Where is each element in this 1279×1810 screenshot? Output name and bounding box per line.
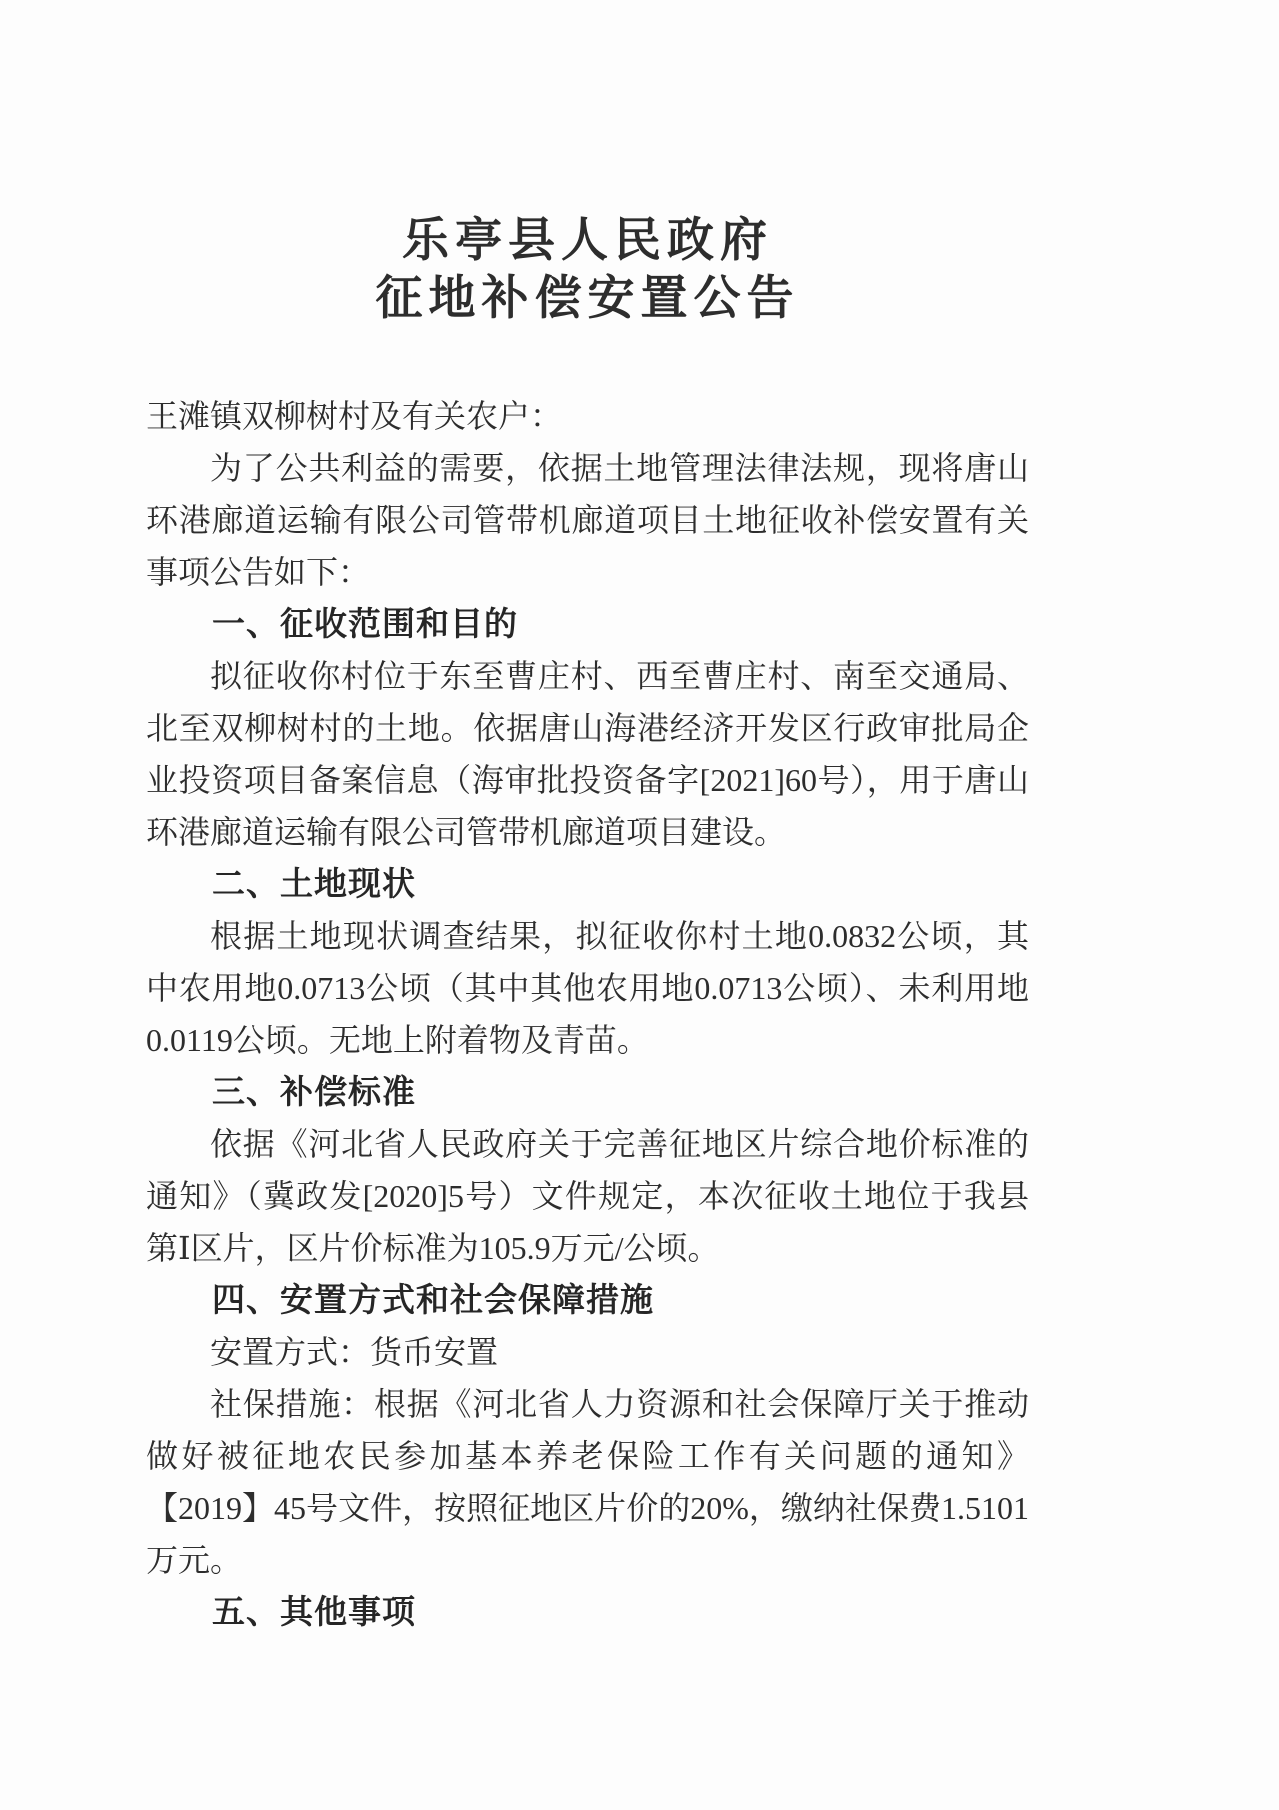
document-title-subject: 征地补偿安置公告 — [146, 270, 1029, 328]
section-1-paragraph-1: 拟征收你村位于东至曹庄村、西至曹庄村、南至交通局、北至双柳树村的土地。依据唐山海… — [146, 650, 1029, 858]
document-header: 乐亭县人民政府 征地补偿安置公告 — [146, 212, 1029, 328]
section-3-paragraph-1: 依据《河北省人民政府关于完善征地区片综合地价标准的通知》（冀政发[2020]5号… — [146, 1118, 1029, 1274]
section-2-heading: 二、土地现状 — [146, 858, 1029, 910]
section-4-paragraph-1: 安置方式：货币安置 — [146, 1326, 1029, 1378]
document-title-org: 乐亭县人民政府 — [146, 212, 1029, 270]
section-5-heading: 五、其他事项 — [146, 1586, 1029, 1638]
intro-paragraph: 为了公共利益的需要，依据土地管理法律法规，现将唐山环港廊道运输有限公司管带机廊道… — [146, 442, 1029, 598]
document-body: 王滩镇双柳树村及有关农户： 为了公共利益的需要，依据土地管理法律法规，现将唐山环… — [146, 390, 1029, 1638]
section-4-paragraph-2: 社保措施：根据《河北省人力资源和社会保障厅关于推动做好被征地农民参加基本养老保险… — [146, 1378, 1029, 1586]
section-3-heading: 三、补偿标准 — [146, 1066, 1029, 1118]
salutation-line: 王滩镇双柳树村及有关农户： — [146, 390, 1029, 442]
section-2-paragraph-1: 根据土地现状调查结果，拟征收你村土地0.0832公顷，其中农用地0.0713公顷… — [146, 910, 1029, 1066]
section-1-heading: 一、征收范围和目的 — [146, 598, 1029, 650]
scanned-document-page: 乐亭县人民政府 征地补偿安置公告 王滩镇双柳树村及有关农户： 为了公共利益的需要… — [0, 0, 1279, 1810]
section-4-heading: 四、安置方式和社会保障措施 — [146, 1274, 1029, 1326]
